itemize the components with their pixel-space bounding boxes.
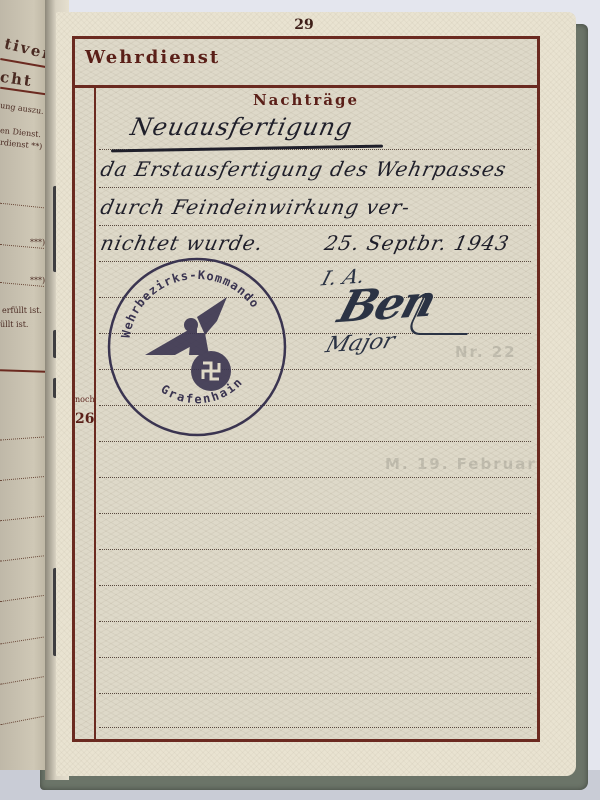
bleed-through-text: Nr. 22: [455, 343, 517, 361]
bleed-through-text: M. 19. Februar: [385, 455, 537, 473]
writing-line: [99, 225, 531, 226]
entry-date: 25. Septbr. 1943: [322, 231, 511, 255]
writing-line: [99, 585, 531, 586]
section-title: Wehrdienst: [85, 47, 220, 68]
entry-line: nichtet wurde.: [98, 231, 265, 255]
writing-line: [99, 513, 531, 514]
writing-line: [99, 441, 531, 442]
entry-title: Neuausfertigung: [128, 113, 355, 141]
margin-note-number: 26: [75, 411, 94, 427]
entry-line: da Erstausfertigung des Wehrpasses: [98, 157, 508, 181]
writing-line: [99, 693, 531, 694]
page-number: 29: [284, 17, 324, 33]
writing-line: [99, 621, 531, 622]
left-line: ***): [30, 276, 45, 285]
form-frame: Wehrdienst Nachträge noch 26 Nr. 22 M. 1…: [72, 36, 540, 742]
left-line: erfüllt ist.: [2, 306, 42, 315]
right-page: 29 Wehrdienst Nachträge noch 26 Nr. 22 M…: [56, 12, 576, 776]
signature-rank: Major: [323, 329, 398, 359]
writing-line: [99, 549, 531, 550]
writing-line: [99, 657, 531, 658]
eagle-stamp-icon: Wehrbezirks-Kommando Grafenhain: [105, 255, 289, 439]
entry-line: durch Feindeinwirkung ver-: [98, 195, 412, 219]
official-stamp: Wehrbezirks-Kommando Grafenhain: [105, 255, 289, 439]
header-rule: [75, 85, 537, 88]
writing-line: [99, 187, 531, 188]
margin-note-label: noch: [75, 395, 94, 404]
margin-rule: [94, 88, 96, 739]
left-line: üllt ist.: [0, 320, 28, 329]
writing-line: [99, 727, 531, 728]
left-line: ***): [30, 238, 45, 247]
subheading: Nachträge: [75, 91, 537, 109]
writing-line: [99, 477, 531, 478]
